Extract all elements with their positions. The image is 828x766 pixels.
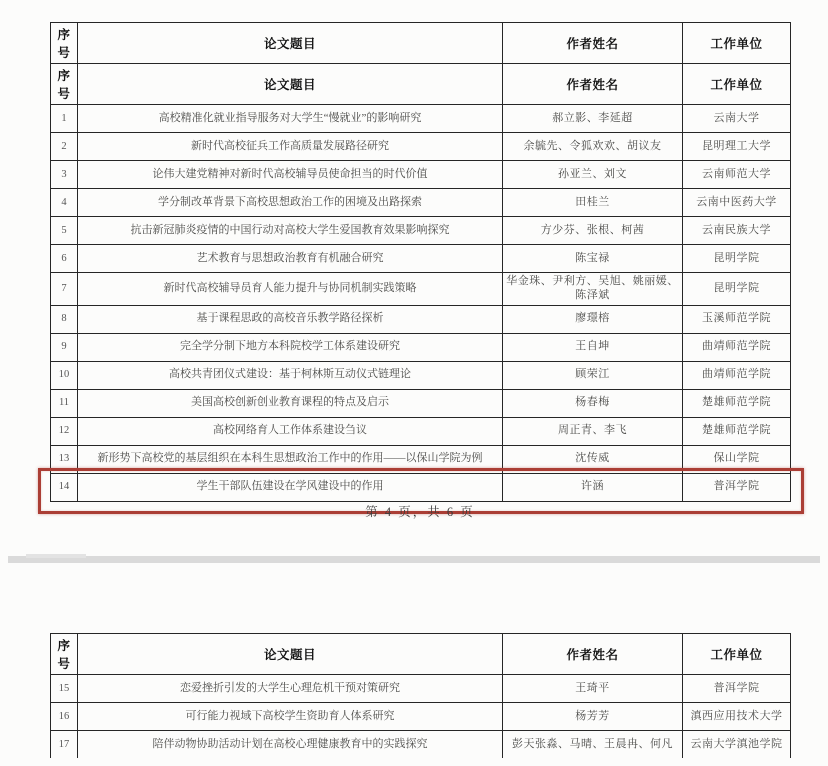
cell-no: 17: [51, 731, 78, 759]
cell-title: 艺术教育与思想政治教育有机融合研究: [78, 245, 503, 273]
cell-authors: 杨春梅: [503, 389, 683, 417]
cell-unit: 云南大学滇池学院: [683, 731, 791, 759]
column-header: 论文题目: [78, 634, 503, 675]
cell-unit: 滇西应用技术大学: [683, 703, 791, 731]
cell-unit: 云南大学: [683, 105, 791, 133]
cell-unit: 保山学院: [683, 445, 791, 473]
cell-no: 1: [51, 105, 78, 133]
cell-authors: 王琦平: [503, 675, 683, 703]
cell-unit: 曲靖师范学院: [683, 333, 791, 361]
cell-unit: 云南师范大学: [683, 161, 791, 189]
table-head: 序号论文题目作者姓名工作单位序号论文题目作者姓名工作单位: [51, 23, 791, 105]
cell-authors: 杨芳芳: [503, 703, 683, 731]
header-row: 序号论文题目作者姓名工作单位: [51, 64, 791, 105]
cell-no: 6: [51, 245, 78, 273]
cell-title: 新形势下高校党的基层组织在本科生思想政治工作中的作用——以保山学院为例: [78, 445, 503, 473]
cell-title: 恋爱挫折引发的大学生心理危机干预对策研究: [78, 675, 503, 703]
cell-unit: 昆明学院: [683, 273, 791, 306]
scanned-document-page: 序号论文题目作者姓名工作单位序号论文题目作者姓名工作单位 1高校精准化就业指导服…: [0, 0, 828, 766]
cell-unit: 昆明学院: [683, 245, 791, 273]
cell-authors: 孙亚兰、刘文: [503, 161, 683, 189]
cell-title: 高校共青团仪式建设：基于柯林斯互动仪式链理论: [78, 361, 503, 389]
cell-authors: 彭天张淼、马晴、王晨冉、何凡: [503, 731, 683, 759]
cell-no: 9: [51, 333, 78, 361]
page-number-footer: 第 4 页，共 6 页: [50, 502, 790, 520]
column-header: 论文题目: [78, 23, 503, 64]
cell-no: 4: [51, 189, 78, 217]
cell-unit: 玉溪师范学院: [683, 305, 791, 333]
cell-unit: 昆明理工大学: [683, 133, 791, 161]
column-header: 工作单位: [683, 64, 791, 105]
cell-no: 11: [51, 389, 78, 417]
cell-no: 3: [51, 161, 78, 189]
cell-no: 5: [51, 217, 78, 245]
cell-no: 16: [51, 703, 78, 731]
table-row: 5抗击新冠肺炎疫情的中国行动对高校大学生爱国教育效果影响探究方少芬、张根、柯茜云…: [51, 217, 791, 245]
cell-unit: 普洱学院: [683, 675, 791, 703]
cell-no: 14: [51, 473, 78, 501]
paper-list-table-page5: 序号论文题目作者姓名工作单位 15恋爱挫折引发的大学生心理危机干预对策研究王琦平…: [50, 633, 791, 758]
table-row: 10高校共青团仪式建设：基于柯林斯互动仪式链理论顾荣江曲靖师范学院: [51, 361, 791, 389]
column-header: 序号: [51, 634, 78, 675]
column-header: 序号: [51, 23, 78, 64]
cell-authors: 华金珠、尹利方、吴旭、姚丽媛、陈泽斌: [503, 273, 683, 306]
column-header: 作者姓名: [503, 64, 683, 105]
cell-authors: 田桂兰: [503, 189, 683, 217]
cell-no: 8: [51, 305, 78, 333]
cell-authors: 许涵: [503, 473, 683, 501]
cell-title: 基于课程思政的高校音乐教学路径探析: [78, 305, 503, 333]
table-row: 2新时代高校征兵工作高质量发展路径研究余毓先、令狐欢欢、胡议友昆明理工大学: [51, 133, 791, 161]
cell-title: 学分制改革背景下高校思想政治工作的困境及出路探索: [78, 189, 503, 217]
table-row: 9完全学分制下地方本科院校学工体系建设研究王自坤曲靖师范学院: [51, 333, 791, 361]
cell-unit: 楚雄师范学院: [683, 417, 791, 445]
cell-unit: 楚雄师范学院: [683, 389, 791, 417]
cell-title: 美国高校创新创业教育课程的特点及启示: [78, 389, 503, 417]
table-row: 15恋爱挫折引发的大学生心理危机干预对策研究王琦平普洱学院: [51, 675, 791, 703]
table-row: 4学分制改革背景下高校思想政治工作的困境及出路探索田桂兰云南中医药大学: [51, 189, 791, 217]
cell-title: 学生干部队伍建设在学风建设中的作用: [78, 473, 503, 501]
cell-no: 7: [51, 273, 78, 306]
table-body: 15恋爱挫折引发的大学生心理危机干预对策研究王琦平普洱学院16可行能力视域下高校…: [51, 675, 791, 759]
cell-title: 高校精准化就业指导服务对大学生“慢就业”的影响研究: [78, 105, 503, 133]
cell-no: 13: [51, 445, 78, 473]
column-header: 作者姓名: [503, 634, 683, 675]
cell-title: 新时代高校辅导员育人能力提升与协同机制实践策略: [78, 273, 503, 306]
table-row: 1高校精准化就业指导服务对大学生“慢就业”的影响研究郝立影、李延超云南大学: [51, 105, 791, 133]
cell-authors: 郝立影、李延超: [503, 105, 683, 133]
cell-authors: 顾荣江: [503, 361, 683, 389]
cell-title: 完全学分制下地方本科院校学工体系建设研究: [78, 333, 503, 361]
header-row: 序号论文题目作者姓名工作单位: [51, 23, 791, 64]
column-header: 作者姓名: [503, 23, 683, 64]
cell-title: 论伟大建党精神对新时代高校辅导员使命担当的时代价值: [78, 161, 503, 189]
table-row: 3论伟大建党精神对新时代高校辅导员使命担当的时代价值孙亚兰、刘文云南师范大学: [51, 161, 791, 189]
cell-authors: 余毓先、令狐欢欢、胡议友: [503, 133, 683, 161]
cell-authors: 周正青、李飞: [503, 417, 683, 445]
table-head: 序号论文题目作者姓名工作单位: [51, 634, 791, 675]
cell-no: 10: [51, 361, 78, 389]
cell-authors: 陈宝禄: [503, 245, 683, 273]
table-row: 17陪伴动物协助活动计划在高校心理健康教育中的实践探究彭天张淼、马晴、王晨冉、何…: [51, 731, 791, 759]
paper-list-table-page4: 序号论文题目作者姓名工作单位序号论文题目作者姓名工作单位 1高校精准化就业指导服…: [50, 22, 791, 502]
column-header: 序号: [51, 64, 78, 105]
cell-title: 可行能力视域下高校学生资助育人体系研究: [78, 703, 503, 731]
column-header: 工作单位: [683, 634, 791, 675]
table-row: 13新形势下高校党的基层组织在本科生思想政治工作中的作用——以保山学院为例沈传威…: [51, 445, 791, 473]
cell-no: 2: [51, 133, 78, 161]
table-row: 8基于课程思政的高校音乐教学路径探析廖璟榕玉溪师范学院: [51, 305, 791, 333]
cell-authors: 廖璟榕: [503, 305, 683, 333]
table-row: 14学生干部队伍建设在学风建设中的作用许涵普洱学院: [51, 473, 791, 501]
cell-unit: 云南中医药大学: [683, 189, 791, 217]
page-break-divider: [8, 556, 820, 563]
cell-no: 12: [51, 417, 78, 445]
cell-authors: 沈传威: [503, 445, 683, 473]
cell-no: 15: [51, 675, 78, 703]
cell-unit: 云南民族大学: [683, 217, 791, 245]
cell-title: 新时代高校征兵工作高质量发展路径研究: [78, 133, 503, 161]
column-header: 论文题目: [78, 64, 503, 105]
table-body: 1高校精准化就业指导服务对大学生“慢就业”的影响研究郝立影、李延超云南大学2新时…: [51, 105, 791, 502]
cell-title: 抗击新冠肺炎疫情的中国行动对高校大学生爱国教育效果影响探究: [78, 217, 503, 245]
table-row: 6艺术教育与思想政治教育有机融合研究陈宝禄昆明学院: [51, 245, 791, 273]
column-header: 工作单位: [683, 23, 791, 64]
table-row: 11美国高校创新创业教育课程的特点及启示杨春梅楚雄师范学院: [51, 389, 791, 417]
cell-unit: 曲靖师范学院: [683, 361, 791, 389]
cell-unit: 普洱学院: [683, 473, 791, 501]
cell-authors: 方少芬、张根、柯茜: [503, 217, 683, 245]
cell-authors: 王自坤: [503, 333, 683, 361]
table-row: 12高校网络育人工作体系建设刍议周正青、李飞楚雄师范学院: [51, 417, 791, 445]
header-row: 序号论文题目作者姓名工作单位: [51, 634, 791, 675]
table-row: 7新时代高校辅导员育人能力提升与协同机制实践策略华金珠、尹利方、吴旭、姚丽媛、陈…: [51, 273, 791, 306]
cell-title: 高校网络育人工作体系建设刍议: [78, 417, 503, 445]
cell-title: 陪伴动物协助活动计划在高校心理健康教育中的实践探究: [78, 731, 503, 759]
table-row: 16可行能力视域下高校学生资助育人体系研究杨芳芳滇西应用技术大学: [51, 703, 791, 731]
